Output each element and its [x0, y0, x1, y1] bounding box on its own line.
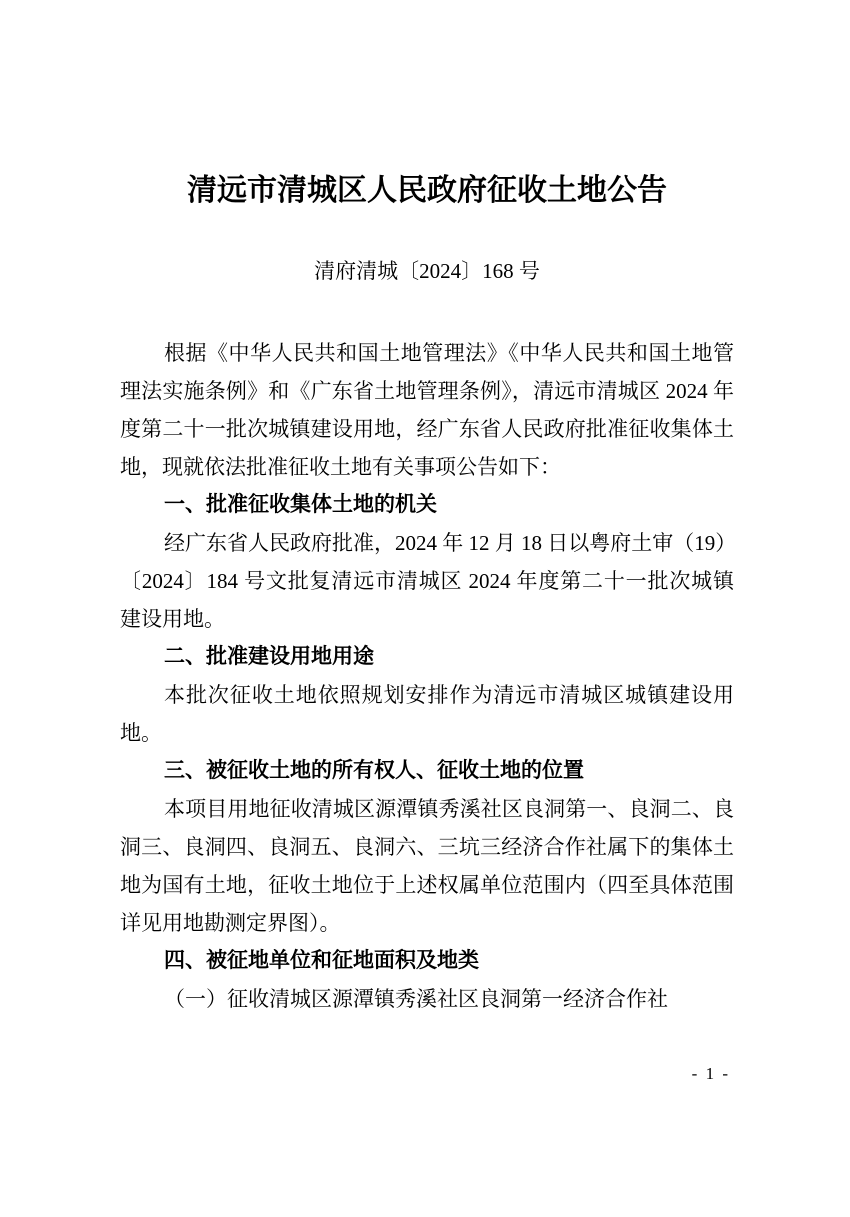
page-number: - 1 - [692, 1063, 730, 1085]
section-3-line: 本项目用地征收清城区源潭镇秀溪社区良洞第一、良洞二、良 [120, 790, 734, 828]
section-1-line: 经广东省人民政府批准，2024 年 12 月 18 日以粤府土审（19） [120, 524, 734, 562]
intro-line: 理法实施条例》和《广东省土地管理条例》，清远市清城区 2024 年 [120, 372, 734, 410]
section-1-heading: 一、批准征收集体土地的机关 [120, 486, 734, 524]
section-3-line: 洞三、良洞四、良洞五、良洞六、三坑三经济合作社属下的集体土 [120, 828, 734, 866]
intro-line: 根据《中华人民共和国土地管理法》《中华人民共和国土地管 [120, 334, 734, 372]
document-number: 清府清城〔2024〕168 号 [120, 252, 734, 290]
document-page: 清远市清城区人民政府征收土地公告 清府清城〔2024〕168 号 根据《中华人民… [0, 0, 850, 1217]
section-4-line: （一）征收清城区源潭镇秀溪社区良洞第一经济合作社 [120, 980, 734, 1018]
section-2-line: 本批次征收土地依照规划安排作为清远市清城区城镇建设用 [120, 676, 734, 714]
section-2-heading: 二、批准建设用地用途 [120, 638, 734, 676]
intro-line: 地，现就依法批准征收土地有关事项公告如下： [120, 448, 734, 486]
section-1-line: 〔2024〕184 号文批复清远市清城区 2024 年度第二十一批次城镇 [120, 562, 734, 600]
section-4-heading: 四、被征地单位和征地面积及地类 [120, 942, 734, 980]
section-2-line: 地。 [120, 714, 734, 752]
section-1-line: 建设用地。 [120, 600, 734, 638]
section-3-line: 地为国有土地，征收土地位于上述权属单位范围内（四至具体范围 [120, 866, 734, 904]
intro-line: 度第二十一批次城镇建设用地，经广东省人民政府批准征收集体土 [120, 410, 734, 448]
document-body: 根据《中华人民共和国土地管理法》《中华人民共和国土地管 理法实施条例》和《广东省… [120, 334, 734, 1018]
section-3-heading: 三、被征收土地的所有权人、征收土地的位置 [120, 752, 734, 790]
section-3-line: 详见用地勘测定界图）。 [120, 904, 734, 942]
document-title: 清远市清城区人民政府征收土地公告 [120, 172, 734, 210]
